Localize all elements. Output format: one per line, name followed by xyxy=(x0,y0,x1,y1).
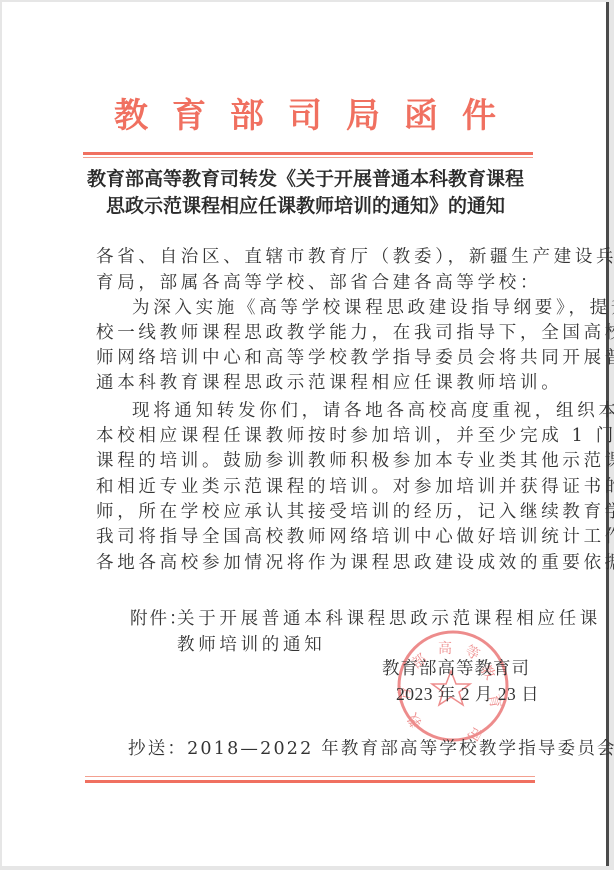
body-line: 课程的培训。鼓励参训教师积极参加本专业类其他示范课程 xyxy=(96,449,614,474)
header-rule-thin xyxy=(83,157,533,158)
footer-rule-thick xyxy=(85,780,535,783)
body-line: 现将通知转发你们，请各地各高校高度重视，组织本地 xyxy=(132,399,614,424)
body-line: 各地各高校参加情况将作为课程思政建设成效的重要依据。 xyxy=(96,551,614,576)
body-line: 我司将指导全国高校教师网络培训中心做好培训统计工作， xyxy=(96,525,614,550)
body-line: 和相近专业类示范课程的培训。对参加培训并获得证书的教 xyxy=(96,475,614,500)
header-rule-thick xyxy=(83,152,533,155)
body-line: 为深入实施《高等学校课程思政建设指导纲要》，提升高 xyxy=(132,296,614,321)
document-title-line-1: 教育部高等教育司转发《关于开展普通本科教育课程 xyxy=(2,166,609,193)
attachment-title-line-1: 关于开展普通本科课程思政示范课程相应任课 xyxy=(177,607,601,632)
issuer-signature: 教育部高等教育司 xyxy=(382,657,530,682)
body-line: 师网络培训中心和高等学校教学指导委员会将共同开展普 xyxy=(96,346,614,371)
document-title-line-2: 思政示范课程相应任课教师培训的通知》的通知 xyxy=(2,193,609,220)
body-line: 本校相应课程任课教师按时参加培训，并至少完成 1 门示范 xyxy=(96,424,614,449)
body-line: 通本科教育课程思政示范课程相应任课教师培训。 xyxy=(96,371,562,396)
cc-line: 抄送：2018—2022 年教育部高等学校教学指导委员会 xyxy=(128,737,614,762)
body-line: 育局，部属各高等学校、部省合建各高等学校： xyxy=(96,271,541,296)
body-line: 各省、自治区、直辖市教育厅（教委），新疆生产建设兵团教 xyxy=(96,245,614,270)
document-page: 教育部司局函件 教育部高等教育司转发《关于开展普通本科教育课程 思政示范课程相应… xyxy=(2,2,609,866)
svg-text:高: 高 xyxy=(438,640,452,657)
body-line: 师，所在学校应承认其接受培训的经历，记入继续教育学时。 xyxy=(96,500,614,525)
issue-date: 2023 年 2 月 23 日 xyxy=(396,682,539,707)
letterhead-title: 教育部司局函件 xyxy=(114,94,520,138)
attachment-title-line-2: 教师培训的通知 xyxy=(177,633,325,658)
footer-rule-thin xyxy=(85,776,535,777)
body-line: 校一线教师课程思政教学能力，在我司指导下，全国高校教 xyxy=(96,321,614,346)
